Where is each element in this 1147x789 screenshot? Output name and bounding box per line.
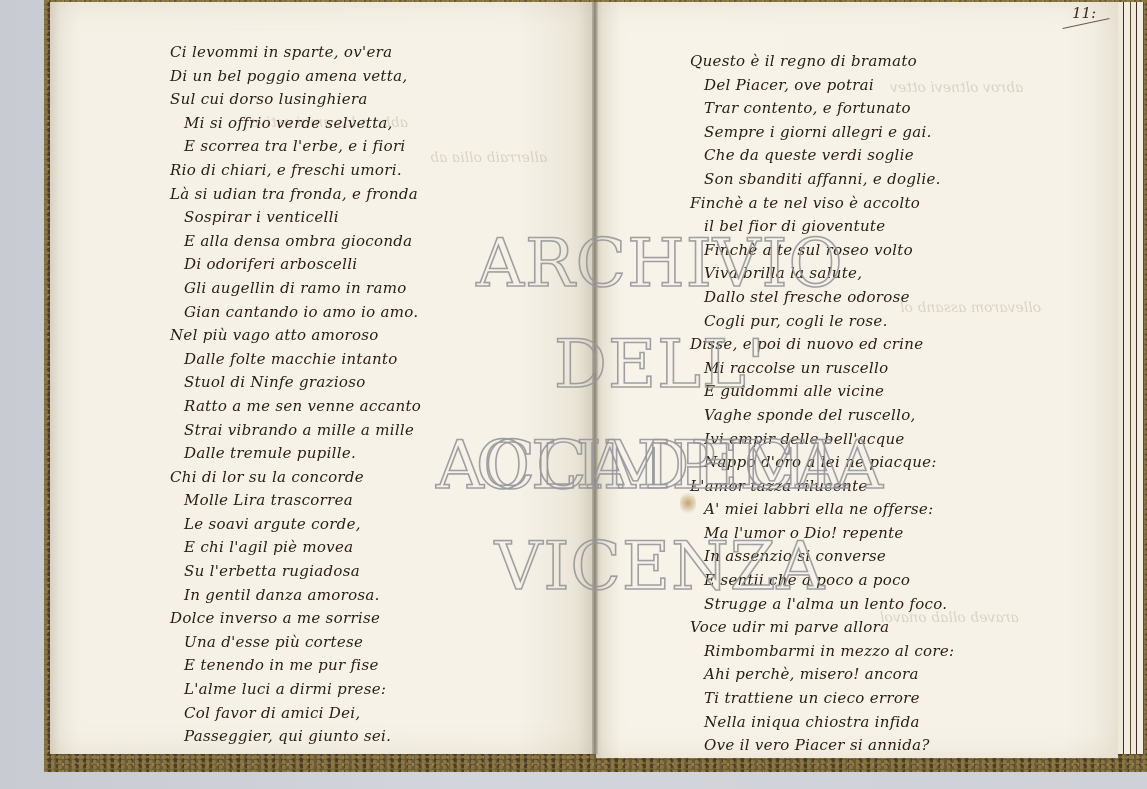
verse-line: E tenendo in me pur fise	[170, 654, 421, 678]
verse-line: Strai vibrando a mille a mille	[170, 419, 421, 443]
verse-line: Sempre i giorni allegri e gai.	[690, 121, 954, 145]
verse-line: Voce udir mi parve allora	[690, 616, 954, 640]
verse-line: Dalle folte macchie intanto	[170, 348, 421, 372]
verse-line: Mi raccolse un ruscello	[690, 357, 954, 381]
verse-line: Questo è il regno di bramato	[690, 50, 954, 74]
verse-line: E scorrea tra l'erbe, e i fiori	[170, 135, 421, 159]
right-page-verses: Questo è il regno di bramato Del Piacer,…	[690, 50, 954, 758]
verse-line: Gli augellin di ramo in ramo	[170, 277, 421, 301]
verse-line: Gian cantando io amo io amo.	[170, 301, 421, 325]
left-page-verses: Ci levommi in sparte, ov'era Di un bel p…	[170, 41, 421, 749]
verse-line: E guidommi alle vicine	[690, 380, 954, 404]
verse-line: il bel fior di gioventute	[690, 215, 954, 239]
verse-line: L'alme luci a dirmi prese:	[170, 678, 421, 702]
page-edges	[1118, 2, 1144, 754]
verse-line: A' miei labbri ella ne offerse:	[690, 498, 954, 522]
verse-line: Nel più vago atto amoroso	[170, 324, 421, 348]
verse-line: Ivi empir delle bell'acque	[690, 428, 954, 452]
verse-line: Ti trattiene un cieco errore	[690, 687, 954, 711]
verse-line: L'amor tazza rilucente	[690, 475, 954, 499]
verse-line: In assenzio si converse	[690, 545, 954, 569]
ink-stain	[680, 490, 696, 516]
verse-line: Disse, e poi di nuovo ed crine	[690, 333, 954, 357]
verse-line: Che da queste verdi soglie	[690, 144, 954, 168]
verse-line: Finchè a te nel viso è accolto	[690, 192, 954, 216]
verse-line: Strugge a l'alma un lento foco.	[690, 593, 954, 617]
verse-line: Vaghe sponde del ruscello,	[690, 404, 954, 428]
verse-line: Sul cui dorso lusinghiera	[170, 88, 421, 112]
verse-line: Ahi perchè, misero! ancora	[690, 663, 954, 687]
folio-number: 11:	[1072, 4, 1096, 22]
verse-line: Chi di lor su la concorde	[170, 466, 421, 490]
verse-line: Ci levommi in sparte, ov'era	[170, 41, 421, 65]
verse-line: Passeggier, qui giunto sei.	[170, 725, 421, 749]
verse-line: Dolce inverso a me sorrise	[170, 607, 421, 631]
verse-line: Le soavi argute corde,	[170, 513, 421, 537]
verse-line: E chi l'agil piè movea	[170, 536, 421, 560]
verse-line: Del Piacer, ove potrai	[690, 74, 954, 98]
verse-line: Col favor di amici Dei,	[170, 702, 421, 726]
verse-line: Molle Lira trascorrea	[170, 489, 421, 513]
verse-line: Una d'esse più cortese	[170, 631, 421, 655]
verse-line: Finchè a te sul roseo volto	[690, 239, 954, 263]
verse-line: Dallo stel fresche odorose	[690, 286, 954, 310]
manuscript-viewer: abbo a las amni ostivo allerraib ollia a…	[0, 0, 1147, 789]
verse-line: Ma l'umor o Dio! repente	[690, 522, 954, 546]
verse-line: Son sbanditi affanni, e doglie.	[690, 168, 954, 192]
verse-line: Stuol di Ninfe grazioso	[170, 371, 421, 395]
verse-line: Cogli pur, cogli le rose.	[690, 310, 954, 334]
verse-line: Là si udian tra fronda, e fronda	[170, 183, 421, 207]
verse-line: In gentil danza amorosa.	[170, 584, 421, 608]
verse-line: Mi si offrio verde selvetta,	[170, 112, 421, 136]
verse-line: Nappo d'oro a lei ne piacque:	[690, 451, 954, 475]
verse-line: Di un bel poggio amena vetta,	[170, 65, 421, 89]
verse-line: Di odoriferi arboscelli	[170, 253, 421, 277]
verse-line: Nella iniqua chiostra infida	[690, 711, 954, 735]
verse-line: Sospirar i venticelli	[170, 206, 421, 230]
verse-line: E sentii che a poco a poco	[690, 569, 954, 593]
verse-line: Dalle tremule pupille.	[170, 442, 421, 466]
verse-line: E alla densa ombra gioconda	[170, 230, 421, 254]
verse-line: Rimbombarmi in mezzo al core:	[690, 640, 954, 664]
verse-line: Su l'erbetta rugiadosa	[170, 560, 421, 584]
verse-line: Viva brilla la salute,	[690, 262, 954, 286]
book-gutter	[592, 2, 598, 754]
verse-line: Rio di chiari, e freschi umori.	[170, 159, 421, 183]
verse-line: Ratto a me sen venne accanto	[170, 395, 421, 419]
verse-line: Ove il vero Piacer si annida?	[690, 734, 954, 758]
verse-line: Trar contento, e fortunato	[690, 97, 954, 121]
